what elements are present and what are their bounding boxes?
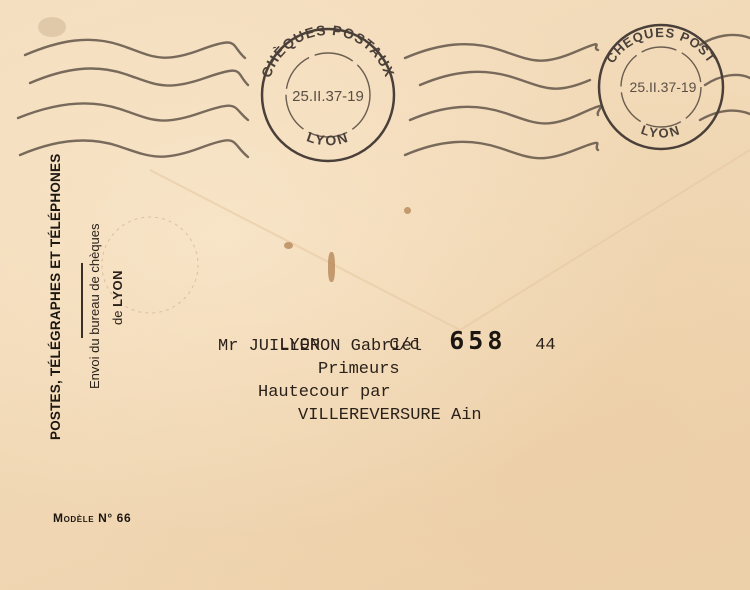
paper-stain xyxy=(38,17,66,37)
account-suffix: 44 xyxy=(535,336,555,355)
paper-stain xyxy=(404,207,411,214)
envelope: CHÈQUES POSTAUX LYON 25.II.37-19 CHÈQUES… xyxy=(0,0,750,590)
city-label: LYON xyxy=(110,270,125,307)
recipient-locality: Hautecour par xyxy=(258,382,391,404)
paper-stain xyxy=(328,252,335,282)
recipient-profession: Primeurs xyxy=(318,359,400,381)
wavy-cancellation-lines: CHÈQUES POSTAUX LYON 25.II.37-19 CHÈQUES… xyxy=(0,0,750,200)
svg-text:25.II.37-19: 25.II.37-19 xyxy=(292,88,364,105)
svg-text:LYON: LYON xyxy=(639,122,683,141)
model-number: Modèle N° 66 xyxy=(53,511,131,525)
sender-city: de LYON xyxy=(110,270,125,325)
administration-label: POSTES, TÉLÉGRAPHES ET TÉLÉPHONES xyxy=(48,154,63,440)
svg-text:LYON: LYON xyxy=(305,129,351,149)
svg-text:25.II.37-19: 25.II.37-19 xyxy=(630,79,697,95)
envoi-label: Envoi du bureau de chèques xyxy=(87,223,102,389)
svg-text:CHÈQUES POSTAUX: CHÈQUES POSTAUX xyxy=(258,22,398,80)
de-label: de xyxy=(110,311,125,325)
divider-rule xyxy=(81,263,83,338)
svg-text:CHÈQUES POST: CHÈQUES POST xyxy=(603,25,719,66)
recipient-name: Mr JUILLERON Gabriel xyxy=(218,336,422,358)
recipient-town: VILLEREVERSURE Ain xyxy=(298,405,482,427)
paper-stain xyxy=(284,242,293,249)
postmark-2: CHÈQUES POST LYON 25.II.37-19 xyxy=(599,25,723,149)
postmark-1: CHÈQUES POSTAUX LYON 25.II.37-19 xyxy=(258,22,398,161)
